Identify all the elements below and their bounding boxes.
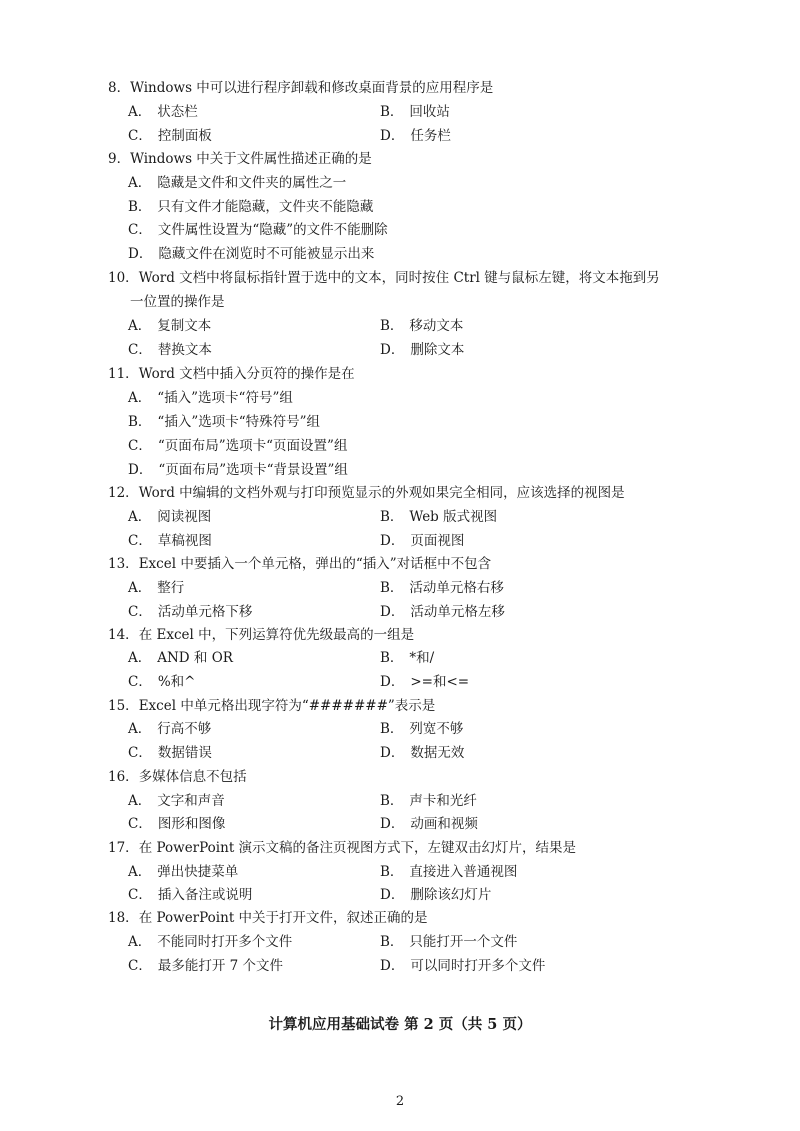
option-18a: A．不能同时打开多个文件 [128, 932, 292, 952]
question-15: 15．Excel 中单元格出现字符为“#######”表示是 [108, 696, 435, 716]
option-text: 弹出快捷菜单 [157, 864, 238, 880]
option-label: D． [380, 674, 404, 690]
question-12: 12．Word 中编辑的文档外观与打印预览显示的外观如果完全相同，应该选择的视图… [108, 483, 625, 503]
option-11b: B．“插入”选项卡“特殊符号”组 [128, 412, 320, 432]
option-text: 行高不够 [157, 721, 211, 737]
question-text: 在 Excel 中，下列运算符优先级最高的一组是 [139, 627, 414, 643]
option-label: B． [380, 793, 403, 809]
option-8a: A．状态栏 [128, 102, 198, 122]
option-10c: C．替换文本 [128, 340, 212, 360]
option-label: B． [380, 104, 403, 120]
option-label: B． [380, 580, 403, 596]
option-text: 只能打开一个文件 [409, 934, 517, 950]
option-text: 阅读视图 [157, 509, 211, 525]
option-label: B． [380, 509, 403, 525]
option-label: D． [380, 887, 404, 903]
option-13d: D．活动单元格左移 [380, 602, 505, 622]
option-18d: D．可以同时打开多个文件 [380, 956, 545, 976]
question-text: Windows 中可以进行程序卸载和修改桌面背景的应用程序是 [130, 80, 493, 96]
option-text: “插入”选项卡“特殊符号”组 [157, 414, 320, 430]
option-15a: A．行高不够 [128, 719, 211, 739]
option-15c: C．数据错误 [128, 743, 212, 763]
question-text: Word 中编辑的文档外观与打印预览显示的外观如果完全相同，应该选择的视图是 [139, 485, 625, 501]
option-label: B． [128, 414, 151, 430]
question-number: 10． [108, 268, 139, 288]
option-15d: D．数据无效 [380, 743, 464, 763]
option-17b: B．直接进入普通视图 [380, 862, 517, 882]
option-label: A． [128, 318, 151, 334]
option-text: “页面布局”选项卡“页面设置”组 [158, 438, 348, 454]
option-text: 替换文本 [158, 342, 212, 358]
option-18c: C．最多能打开 7 个文件 [128, 956, 283, 976]
option-10a: A．复制文本 [128, 316, 211, 336]
option-text: 动画和视频 [410, 816, 478, 832]
option-text: 插入备注或说明 [158, 887, 253, 903]
option-16c: C．图形和图像 [128, 814, 225, 834]
option-text: *和/ [409, 650, 434, 666]
option-label: C． [128, 674, 152, 690]
question-number: 14． [108, 625, 139, 645]
question-number: 12． [108, 483, 139, 503]
question-text: Excel 中要插入一个单元格，弹出的“插入”对话框中不包含 [139, 556, 491, 572]
option-label: C． [128, 604, 152, 620]
option-label: A． [128, 650, 151, 666]
option-label: C． [128, 222, 152, 238]
option-16b: B．声卡和光纤 [380, 791, 477, 811]
question-number: 11． [108, 364, 139, 384]
option-text: 删除该幻灯片 [410, 887, 491, 903]
option-11d: D．“页面布局”选项卡“背景设置”组 [128, 460, 348, 480]
option-label: D． [380, 533, 404, 549]
option-label: A． [128, 864, 151, 880]
option-text: 隐藏是文件和文件夹的属性之一 [157, 175, 346, 191]
option-label: D． [380, 128, 404, 144]
option-text: 文字和声音 [157, 793, 225, 809]
option-text: 任务栏 [410, 128, 451, 144]
option-text: 最多能打开 7 个文件 [158, 958, 283, 974]
question-text: Word 文档中将鼠标指针置于选中的文本，同时按住 Ctrl 键与鼠标左键，将文… [139, 270, 660, 286]
option-13a: A．整行 [128, 578, 184, 598]
option-9a: A．隐藏是文件和文件夹的属性之一 [128, 173, 346, 193]
question-number: 13． [108, 554, 139, 574]
question-8: 8．Windows 中可以进行程序卸载和修改桌面背景的应用程序是 [108, 78, 493, 98]
option-text: 整行 [157, 580, 184, 596]
option-9d: D．隐藏文件在浏览时不可能被显示出来 [128, 244, 374, 264]
option-text: 控制面板 [158, 128, 212, 144]
option-12a: A．阅读视图 [128, 507, 211, 527]
option-label: B． [380, 934, 403, 950]
option-text: %和^ [158, 674, 196, 690]
option-text: 状态栏 [157, 104, 198, 120]
option-13b: B．活动单元格右移 [380, 578, 504, 598]
option-text: 图形和图像 [158, 816, 226, 832]
option-12d: D．页面视图 [380, 531, 464, 551]
question-number: 8． [108, 78, 130, 98]
option-12c: C．草稿视图 [128, 531, 212, 551]
question-number: 18． [108, 908, 139, 928]
option-9c: C．文件属性设置为“隐藏”的文件不能删除 [128, 220, 388, 240]
option-11c: C．“页面布局”选项卡“页面设置”组 [128, 436, 347, 456]
option-label: D． [128, 246, 152, 262]
option-10d: D．删除文本 [380, 340, 464, 360]
option-17a: A．弹出快捷菜单 [128, 862, 238, 882]
question-10: 10．Word 文档中将鼠标指针置于选中的文本，同时按住 Ctrl 键与鼠标左键… [108, 268, 660, 288]
option-text: >=和<= [410, 674, 469, 690]
option-text: 复制文本 [157, 318, 211, 334]
option-text: 活动单元格下移 [158, 604, 253, 620]
option-8c: C．控制面板 [128, 126, 212, 146]
option-text: 草稿视图 [158, 533, 212, 549]
option-text: 不能同时打开多个文件 [157, 934, 292, 950]
option-14d: D．>=和<= [380, 672, 469, 692]
option-label: A． [128, 580, 151, 596]
question-text: 多媒体信息不包括 [139, 769, 247, 785]
option-label: B． [380, 650, 403, 666]
option-12b: B．Web 版式视图 [380, 507, 497, 527]
option-10b: B．移动文本 [380, 316, 463, 336]
option-label: A． [128, 934, 151, 950]
option-16a: A．文字和声音 [128, 791, 225, 811]
question-14: 14．在 Excel 中，下列运算符优先级最高的一组是 [108, 625, 414, 645]
question-text: Word 文档中插入分页符的操作是在 [139, 366, 355, 382]
option-15b: B．列宽不够 [380, 719, 463, 739]
option-text: “插入”选项卡“符号”组 [157, 390, 293, 406]
option-text: 活动单元格左移 [410, 604, 505, 620]
option-13c: C．活动单元格下移 [128, 602, 252, 622]
option-label: B． [380, 318, 403, 334]
question-number: 17． [108, 838, 139, 858]
question-9: 9．Windows 中关于文件属性描述正确的是 [108, 149, 372, 169]
option-17d: D．删除该幻灯片 [380, 885, 491, 905]
option-text: 文件属性设置为“隐藏”的文件不能删除 [158, 222, 388, 238]
option-text: 可以同时打开多个文件 [410, 958, 545, 974]
question-number: 9． [108, 149, 130, 169]
option-text: 只有文件才能隐藏，文件夹不能隐藏 [157, 199, 373, 215]
option-label: A． [128, 104, 151, 120]
question-text: Excel 中单元格出现字符为“#######”表示是 [139, 698, 436, 714]
option-14a: A．AND 和 OR [128, 648, 233, 668]
option-label: C． [128, 533, 152, 549]
option-text: 回收站 [409, 104, 450, 120]
option-label: C． [128, 128, 152, 144]
option-text: 删除文本 [410, 342, 464, 358]
option-label: B． [380, 864, 403, 880]
question-number: 15． [108, 696, 139, 716]
option-17c: C．插入备注或说明 [128, 885, 252, 905]
question-text: 在 PowerPoint 中关于打开文件，叙述正确的是 [139, 910, 428, 926]
option-text: 隐藏文件在浏览时不可能被显示出来 [158, 246, 374, 262]
option-label: C． [128, 816, 152, 832]
question-18: 18．在 PowerPoint 中关于打开文件，叙述正确的是 [108, 908, 428, 928]
option-label: D． [380, 816, 404, 832]
option-text: 数据无效 [410, 745, 464, 761]
option-9b: B．只有文件才能隐藏，文件夹不能隐藏 [128, 197, 373, 217]
page-footer: 计算机应用基础试卷 第 2 页（共 5 页） [0, 1013, 800, 1034]
option-label: D． [380, 342, 404, 358]
option-label: C． [128, 745, 152, 761]
option-text: 活动单元格右移 [409, 580, 504, 596]
option-label: C． [128, 438, 152, 454]
option-label: A． [128, 793, 151, 809]
question-number: 16． [108, 767, 139, 787]
question-10-continued: 一位置的操作是 [130, 292, 225, 312]
question-text: 在 PowerPoint 演示文稿的备注页视图方式下，左键双击幻灯片，结果是 [139, 840, 576, 856]
option-text: AND 和 OR [157, 650, 233, 666]
option-text: 声卡和光纤 [409, 793, 477, 809]
question-11: 11．Word 文档中插入分页符的操作是在 [108, 364, 355, 384]
option-label: A． [128, 721, 151, 737]
option-16d: D．动画和视频 [380, 814, 478, 834]
option-text: 直接进入普通视图 [409, 864, 517, 880]
question-17: 17．在 PowerPoint 演示文稿的备注页视图方式下，左键双击幻灯片，结果… [108, 838, 576, 858]
option-18b: B．只能打开一个文件 [380, 932, 517, 952]
option-text: 列宽不够 [409, 721, 463, 737]
option-label: D． [380, 604, 404, 620]
option-11a: A．“插入”选项卡“符号”组 [128, 388, 293, 408]
option-8b: B．回收站 [380, 102, 450, 122]
page-number: 2 [0, 1094, 800, 1109]
option-label: C． [128, 958, 152, 974]
question-text: Windows 中关于文件属性描述正确的是 [130, 151, 372, 167]
option-label: A． [128, 509, 151, 525]
option-14c: C．%和^ [128, 672, 195, 692]
option-text: “页面布局”选项卡“背景设置”组 [158, 462, 348, 478]
question-13: 13．Excel 中要插入一个单元格，弹出的“插入”对话框中不包含 [108, 554, 491, 574]
option-label: D． [380, 745, 404, 761]
option-label: D． [128, 462, 152, 478]
option-text: 数据错误 [158, 745, 212, 761]
option-label: A． [128, 390, 151, 406]
option-text: 移动文本 [409, 318, 463, 334]
option-label: B． [380, 721, 403, 737]
option-14b: B．*和/ [380, 648, 434, 668]
exam-page: 8．Windows 中可以进行程序卸载和修改桌面背景的应用程序是 A．状态栏 B… [0, 0, 800, 1131]
option-label: C． [128, 342, 152, 358]
option-8d: D．任务栏 [380, 126, 451, 146]
option-label: A． [128, 175, 151, 191]
option-label: B． [128, 199, 151, 215]
question-16: 16．多媒体信息不包括 [108, 767, 247, 787]
option-label: C． [128, 887, 152, 903]
option-text: 页面视图 [410, 533, 464, 549]
option-label: D． [380, 958, 404, 974]
option-text: Web 版式视图 [409, 509, 497, 525]
